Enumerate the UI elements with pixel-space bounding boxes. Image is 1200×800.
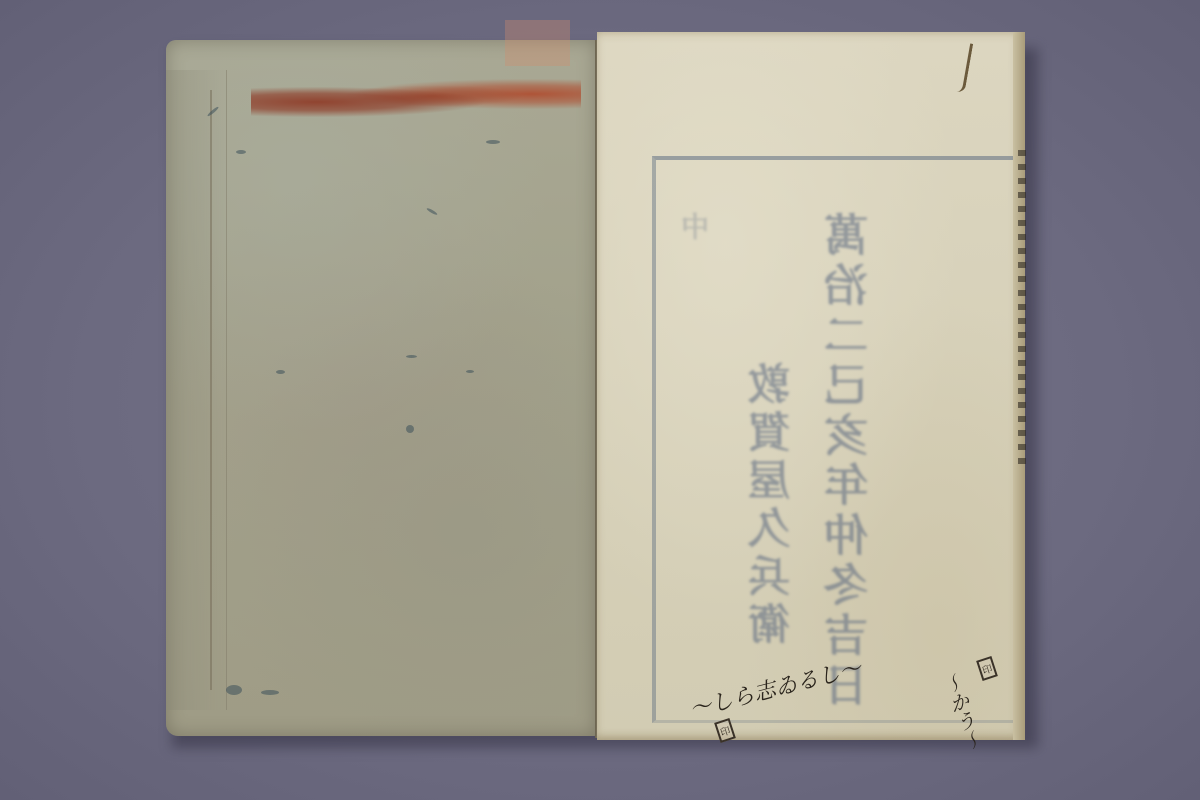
cover-flap xyxy=(166,70,227,710)
left-cover xyxy=(166,40,596,736)
bleed-text-era: 萬治二己亥年仲冬吉日 xyxy=(819,212,883,712)
cover-crease xyxy=(210,90,212,690)
rust-stain xyxy=(251,78,581,118)
right-page: 中 萬治二己亥年仲冬吉日 敦賀屋久兵衛 〜しら志ゐるし〜 〜かう〜 印 印 xyxy=(597,32,1025,740)
fiber-fleck xyxy=(406,355,417,358)
bleed-text-publisher: 敦賀屋久兵衛 xyxy=(742,362,802,650)
paper-crack xyxy=(948,41,973,93)
fiber-fleck xyxy=(261,690,279,695)
fiber-fleck xyxy=(486,140,500,144)
fiber-fleck xyxy=(466,370,474,373)
spine-text-marks xyxy=(1018,150,1026,470)
stain-mark xyxy=(505,20,570,66)
fiber-fleck xyxy=(226,685,242,695)
fiber-fleck xyxy=(276,370,285,374)
fiber-fleck xyxy=(406,425,414,433)
fiber-fleck xyxy=(236,150,246,154)
fiber-fleck xyxy=(426,207,438,216)
bleed-text-faint: 中 xyxy=(677,212,717,246)
